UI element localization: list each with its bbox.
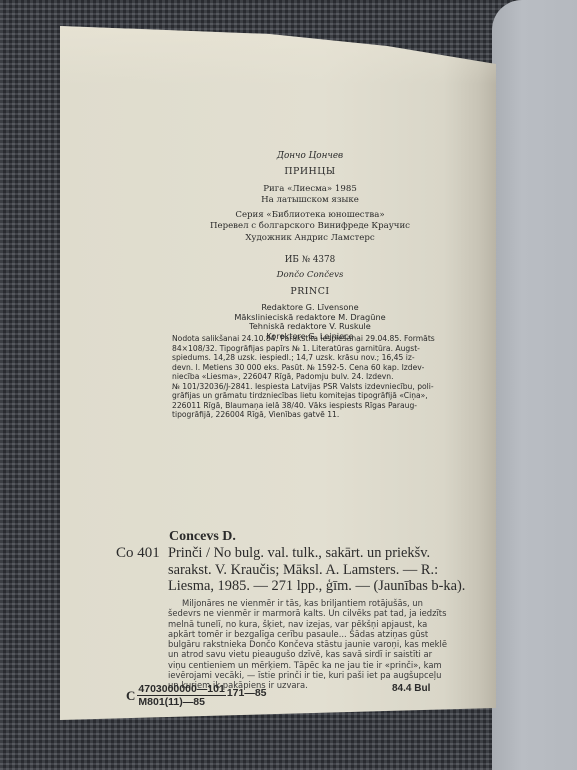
ib-number: ИБ № 4378: [170, 255, 450, 266]
annotation-line: un atrod savu vietu pieaugušo dzīvē, kas…: [168, 649, 468, 659]
udc-classification: 84.4 Bul: [392, 683, 430, 694]
price-code-prefix: C: [126, 688, 135, 704]
series-russian: Серия «Библиотека юношества»: [170, 210, 450, 221]
artist-russian: Художник Андрис Ламстерс: [170, 233, 450, 244]
bib-line: Liesma, 1985. — 271 lpp., ģīm. — (Jaunīb…: [168, 578, 468, 595]
translator-russian: Перевел с болгарского Винифреде Краучис: [170, 221, 450, 232]
price-code-numerator: 4703000000—101: [137, 683, 225, 696]
annotation-line: melnā tunelī, no kura, šķiet, nav izejas…: [168, 619, 468, 629]
catalog-code: Co 401: [116, 545, 160, 562]
publisher-russian: Рига «Лиесма» 1985: [170, 184, 450, 195]
bib-line: Prinči / No bulg. val. tulk., sakārt. un…: [168, 545, 468, 562]
title-latvian: PRINCI: [170, 286, 450, 297]
annotation-line: viņu centieniem un mērķiem. Tāpēc ka ne …: [168, 660, 468, 670]
catalog-bibliographic-entry: Prinči / No bulg. val. tulk., sakārt. un…: [168, 545, 468, 595]
colophon-line: grāfijas un grāmatu tirdzniecības lietu …: [172, 391, 442, 401]
annotation-line: bulgāru rakstnieka Dončo Končeva stāstu …: [168, 639, 468, 649]
facing-page: [492, 0, 577, 770]
colophon-line: spiedums. 14,28 uzsk. iespiedl.; 14,7 uz…: [172, 353, 442, 363]
colophon-last-line: tipogrāfijā, 226004 Rīgā, Vienības gatvē…: [172, 410, 442, 420]
colophon-line: niecība «Liesma», 226047 Rīgā, Padomju b…: [172, 372, 442, 382]
imprint-block: Дончо Цончев ПРИНЦЫ Рига «Лиесма» 1985 Н…: [170, 151, 450, 341]
colophon-line: 226011 Rīgā, Blaumaņa ielā 38/40. Vāks i…: [172, 401, 442, 411]
author-russian: Дончо Цончев: [170, 151, 450, 162]
colophon-line: 84×108/32. Tipogrāfijas papīrs № 1. Lite…: [172, 344, 442, 354]
annotation-line: ievērojami vecāki, — īstie prinči ir tie…: [168, 670, 468, 680]
annotation-line: Miljonāres ne vienmēr ir tās, kas brilja…: [168, 598, 468, 608]
colophon-line: Nodota salikšanai 24.10.84. Parakstīta i…: [172, 334, 442, 344]
price-code-suffix: 171—85: [227, 687, 267, 699]
annotation-line: apkārt tomēr ir bezgalīga cerību pasaule…: [168, 629, 468, 639]
page-shading: [60, 24, 496, 84]
annotation-line: šedevrs ne vienmēr ir marmorā kalts. Un …: [168, 608, 468, 618]
catalog-author: Concevs D.: [169, 529, 236, 545]
colophon: Nodota salikšanai 24.10.84. Parakstīta i…: [172, 334, 442, 420]
title-russian: ПРИНЦЫ: [170, 166, 450, 177]
language-note-russian: На латышском языке: [170, 195, 450, 206]
colophon-line: devn. l. Metiens 30 000 eks. Pasūt. № 15…: [172, 363, 442, 373]
price-code-denominator: M801(11)—85: [137, 696, 225, 708]
price-code-fraction: 4703000000—101 M801(11)—85: [137, 683, 225, 708]
book-page: Дончо Цончев ПРИНЦЫ Рига «Лиесма» 1985 Н…: [60, 24, 496, 720]
price-code: C 4703000000—101 M801(11)—85 171—85: [126, 683, 267, 708]
colophon-line: № 101/32036/J-2841. Iespiesta Latvijas P…: [172, 382, 442, 392]
bib-line: sarakst. V. Kraučis; Māksl. A. Lamsters.…: [168, 562, 468, 579]
author-latvian: Dončo Cončevs: [170, 270, 450, 281]
catalog-annotation: Miljonāres ne vienmēr ir tās, kas brilja…: [168, 598, 468, 691]
